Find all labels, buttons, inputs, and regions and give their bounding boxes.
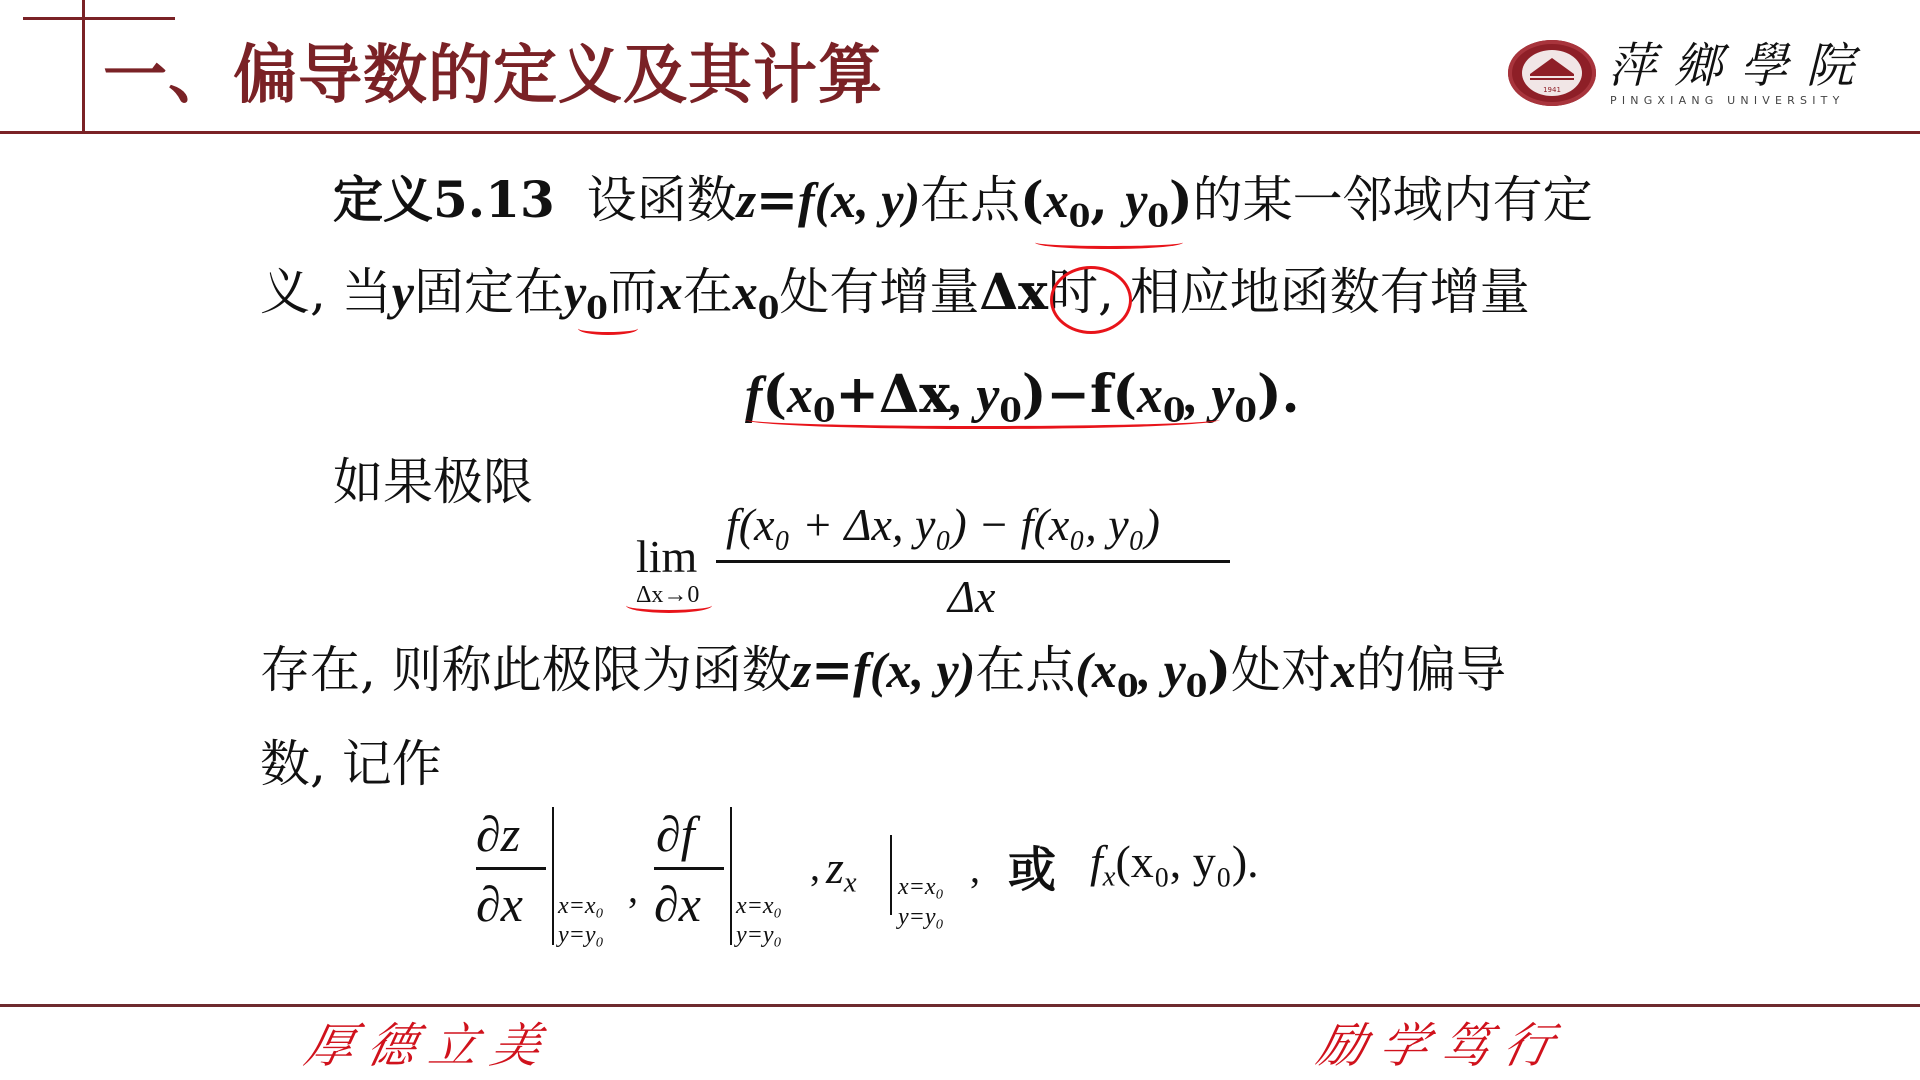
lim-operator: lim [636,530,697,583]
header-vertical-rule [82,0,85,134]
notation-1-denominator: ∂x [476,875,523,933]
header-bottom-rule [0,131,1920,134]
notation-2-denominator: ∂x [654,875,701,933]
evaluation-bar-2 [730,807,732,945]
definition-line-2: 义, 当y固定在y0而x在x0处有增量Δx时, 相应地函数有增量 [260,262,1530,322]
notation-3: zx [826,841,857,894]
motto-left: 厚德立美 [300,1018,560,1074]
motto-right: 励学笃行 [1312,1018,1572,1074]
notation-1-bar [476,867,546,870]
fraction-bar [716,560,1230,563]
partial-notations: ∂z ∂x x=x₀ y=y₀ , ∂f ∂x x=x₀ y=y₀ , zx x… [470,805,1320,965]
annotation-underline-limit [626,598,712,613]
annotation-underline-point [1035,236,1183,249]
definition-line-exists: 存在, 则称此极限为函数z=f(x, y)在点(x0, y0)处对x的偏导 [260,640,1506,700]
evaluation-bar-3 [890,835,892,915]
notation-4: fx(x₀, y₀). [1090,835,1259,888]
limit-numerator: f(x₀ + Δx, y₀) − f(x₀, y₀) [726,498,1160,551]
notation-1-numerator: ∂z [476,805,520,863]
footer-rule [0,1004,1920,1007]
definition-line-1: 定义5.13 设函数z=f(x, y)在点(x0, y0)的某一邻域内有定 [333,170,1593,230]
delta-x: Δx [979,262,1048,321]
denote-text: 数, 记作 [260,734,442,794]
university-name-en: PINGXIANG UNIVERSITY [1610,94,1845,107]
notation-2-bar [654,867,724,870]
notation-2-numerator: ∂f [656,805,695,863]
annotation-circle-delta-x [1050,266,1132,334]
annotation-underline-y0 [578,322,638,335]
university-seal-icon: 1941 [1508,40,1596,106]
limit-denominator: Δx [948,570,995,623]
evaluation-bar-1 [552,807,554,945]
or-text: 或 [1008,831,1056,900]
definition-label: 定义5.13 [333,170,555,229]
header-top-short-rule [23,17,175,20]
seal-year: 1941 [1508,86,1596,94]
annotation-underline-increment [745,410,1220,429]
page-title: 一、偏导数的定义及其计算 [103,36,883,116]
if-limit-text: 如果极限 [333,452,533,512]
limit-expression: lim Δx→0 f(x₀ + Δx, y₀) − f(x₀, y₀) Δx [636,510,1236,630]
university-name-cn: 萍鄉學院 [1608,38,1872,94]
